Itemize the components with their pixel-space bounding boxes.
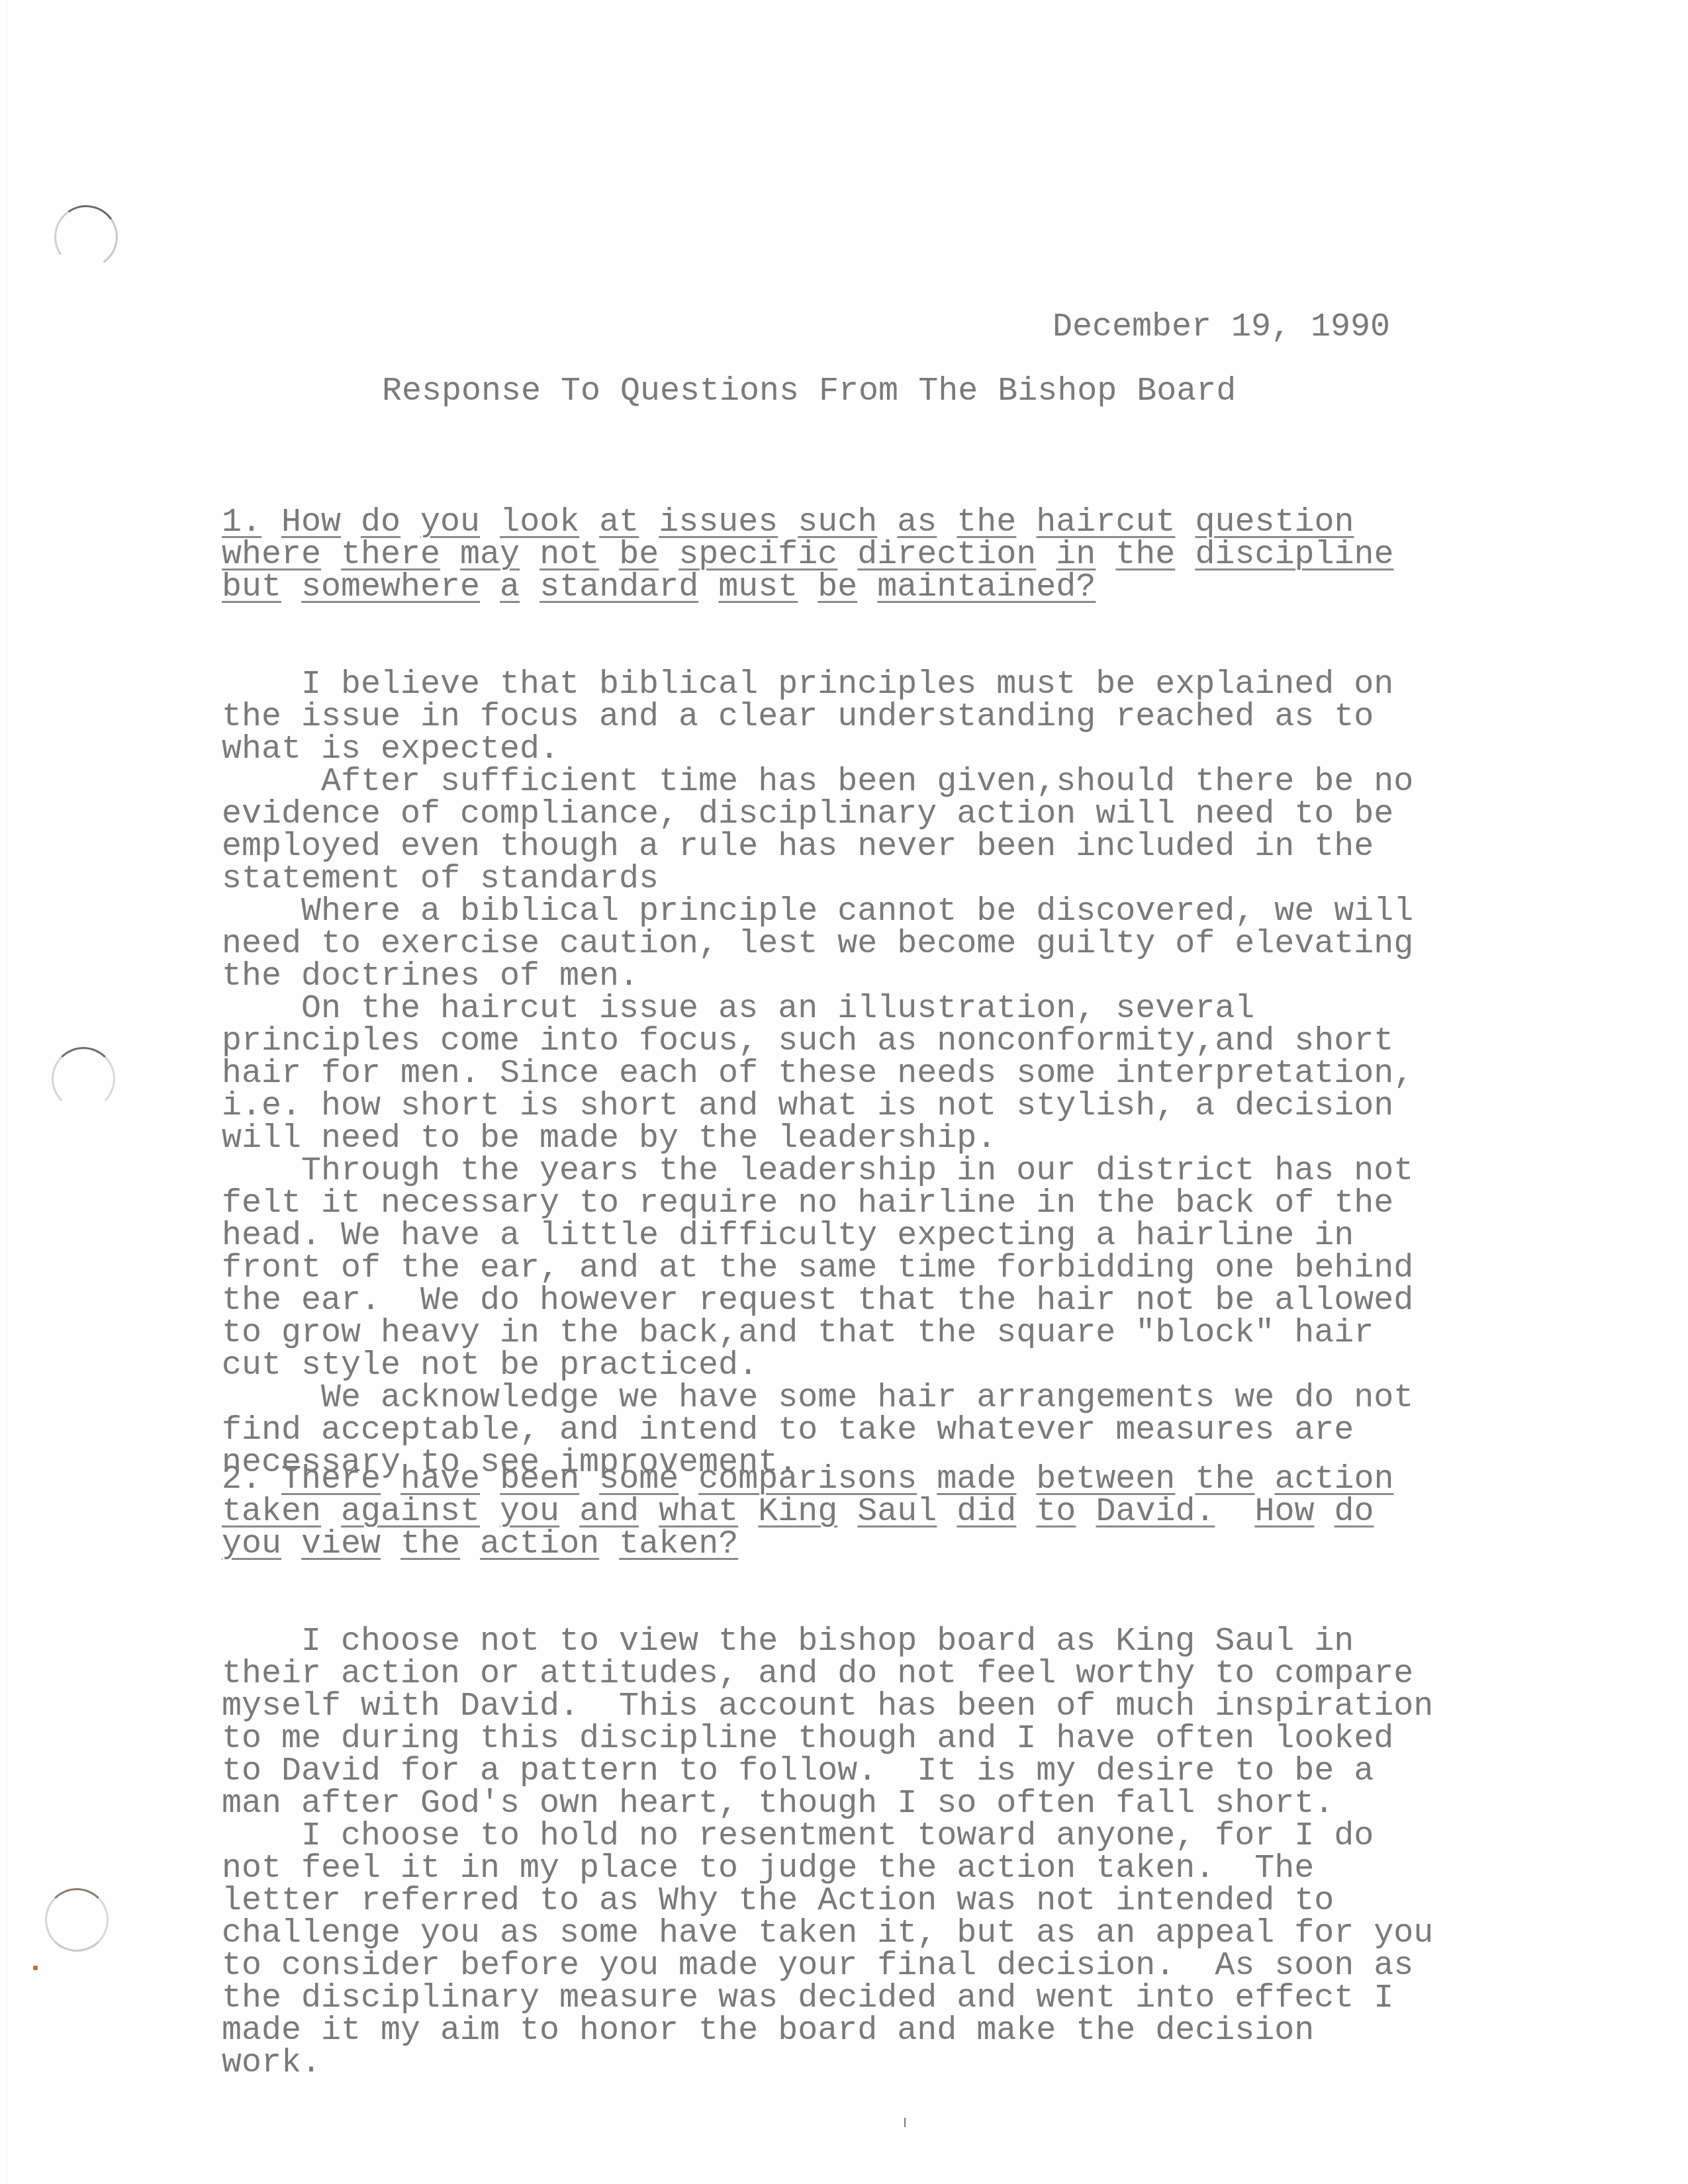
question-word: a — [500, 569, 520, 606]
question-1: 1. How do you look at issues such as the… — [222, 506, 1519, 604]
document-date: December 19, 1990 — [1053, 311, 1390, 343]
question-word: view — [301, 1525, 381, 1563]
answer-line: head. We have a little difficulty expect… — [222, 1220, 1519, 1252]
hole-punch-middle-icon — [52, 1047, 115, 1111]
answer-line: will need to be made by the leadership. — [222, 1122, 1519, 1155]
question-line: 2. There have been some comparisons made… — [222, 1463, 1519, 1496]
question-word: somewhere — [301, 569, 480, 606]
question-word: standard — [539, 569, 698, 606]
question-line: but somewhere a standard must be maintai… — [222, 571, 1519, 604]
answer-line: i.e. how short is short and what is not … — [222, 1090, 1519, 1122]
question-word: the — [400, 1525, 460, 1563]
answer-line: I choose to hold no resentment toward an… — [222, 1820, 1519, 1852]
answer-1: I believe that biblical principles must … — [222, 668, 1519, 1479]
answer-line: their action or attitudes, and do not fe… — [222, 1658, 1519, 1690]
answer-line: front of the ear, and at the same time f… — [222, 1252, 1519, 1285]
scan-edge — [7, 0, 7, 2184]
question-word: but — [222, 569, 281, 606]
answer-line: the disciplinary measure was decided and… — [222, 1982, 1519, 2015]
answer-line: not feel it in my place to judge the act… — [222, 1852, 1519, 1885]
question-word: action — [480, 1525, 599, 1563]
answer-line: statement of standards — [222, 863, 1519, 895]
question-line: where there may not be specific directio… — [222, 539, 1519, 571]
answer-line: work. — [222, 2047, 1519, 2079]
answer-line: to consider before you made your final d… — [222, 1950, 1519, 1982]
question-word: you — [222, 1525, 281, 1563]
hole-punch-top-icon — [49, 200, 122, 273]
answer-line: challenge you as some have taken it, but… — [222, 1917, 1519, 1950]
answer-line: cut style not be practiced. — [222, 1349, 1519, 1382]
answer-line: to grow heavy in the back,and that the s… — [222, 1317, 1519, 1349]
question-word: taken? — [619, 1525, 738, 1563]
answer-line: I choose not to view the bishop board as… — [222, 1625, 1519, 1658]
answer-2: I choose not to view the bishop board as… — [222, 1625, 1519, 2079]
answer-line: hair for men. Since each of these needs … — [222, 1058, 1519, 1090]
answer-line: the ear. We do however request that the … — [222, 1285, 1519, 1317]
answer-line: employed even though a rule has never be… — [222, 831, 1519, 863]
paper-speck — [33, 1966, 38, 1970]
question-line: you view the action taken? — [222, 1528, 1519, 1561]
answer-line: letter referred to as Why the Action was… — [222, 1885, 1519, 1917]
answer-line: to me during this discipline though and … — [222, 1723, 1519, 1755]
answer-line: myself with David. This account has been… — [222, 1690, 1519, 1723]
question-2: 2. There have been some comparisons made… — [222, 1463, 1519, 1561]
question-word: the — [1115, 536, 1175, 574]
answer-line: what is expected. — [222, 733, 1519, 766]
answer-line: made it my aim to honor the board and ma… — [222, 2015, 1519, 2047]
section-2: 2. There have been some comparisons made… — [222, 1398, 1519, 2144]
question-word: do — [1334, 1493, 1374, 1531]
question-word: Saul — [857, 1493, 937, 1531]
question-word: How — [1254, 1493, 1314, 1531]
document-title: Response To Questions From The Bishop Bo… — [382, 375, 1236, 408]
answer-line: the doctrines of men. — [222, 960, 1519, 993]
answer-line: After sufficient time has been given,sho… — [222, 766, 1519, 798]
question-word: must — [718, 569, 798, 606]
answer-line: to David for a pattern to follow. It is … — [222, 1755, 1519, 1788]
answer-line: I believe that biblical principles must … — [222, 668, 1519, 701]
answer-line: man after God's own heart, though I so o… — [222, 1788, 1519, 1820]
answer-line: Where a biblical principle cannot be dis… — [222, 895, 1519, 928]
question-word: discipline — [1195, 536, 1393, 574]
question-word: King — [758, 1493, 837, 1531]
question-line: taken against you and what King Saul did… — [222, 1496, 1519, 1528]
question-word: be — [818, 569, 857, 606]
question-word: did — [957, 1493, 1016, 1531]
question-word: maintained? — [877, 569, 1096, 606]
answer-line: principles come into focus, such as nonc… — [222, 1025, 1519, 1058]
question-line: 1. How do you look at issues such as the… — [222, 506, 1519, 539]
question-word: to — [1036, 1493, 1076, 1531]
document-page: December 19, 1990 Response To Questions … — [0, 0, 1688, 2184]
answer-line: On the haircut issue as an illustration,… — [222, 993, 1519, 1025]
answer-line: need to exercise caution, lest we become… — [222, 928, 1519, 960]
answer-line: the issue in focus and a clear understan… — [222, 701, 1519, 733]
answer-line: evidence of compliance, disciplinary act… — [222, 798, 1519, 831]
hole-punch-bottom-icon — [45, 1888, 109, 1952]
question-word: David. — [1096, 1493, 1215, 1531]
answer-line: Through the years the leadership in our … — [222, 1155, 1519, 1187]
answer-line: felt it necessary to require no hairline… — [222, 1187, 1519, 1220]
